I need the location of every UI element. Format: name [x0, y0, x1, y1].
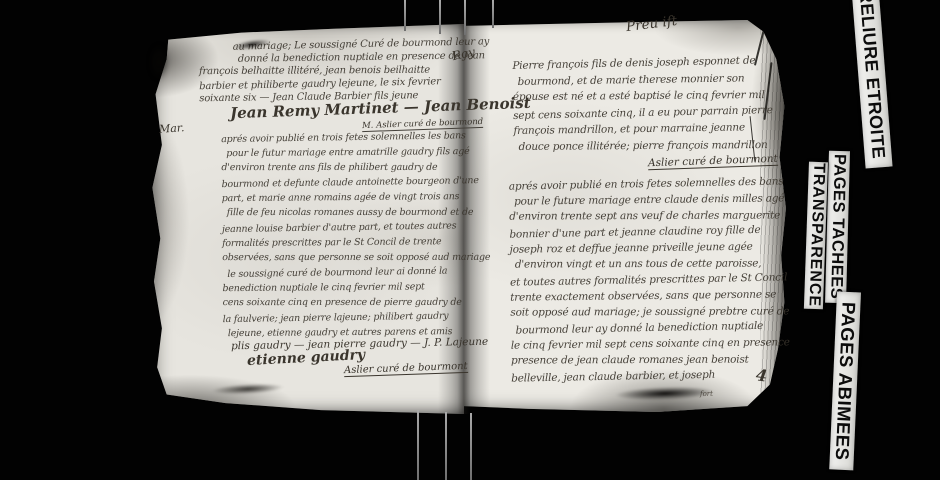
right-entry2-text: aprés avoir publié en trois fetes solemn…	[509, 174, 791, 385]
left-entry1-text: au mariage; Le soussigné Curé de bourmon…	[233, 36, 490, 105]
condition-label-transparence: TRANSPARENCE	[804, 162, 828, 310]
condition-label-pages-abimees: PAGES ABIMEES	[829, 291, 861, 470]
manuscript-line: formalités prescrittes par le St Concil …	[222, 234, 490, 251]
right-entry1-text: Pierre françois fils de denis joseph esp…	[512, 53, 773, 156]
manuscript-line: part, et marie anne romains agée de ving…	[222, 189, 490, 206]
condition-label-pages-tachees: PAGES TACHEES	[825, 151, 850, 303]
press-string	[404, 0, 406, 31]
press-string	[492, 0, 494, 28]
manuscript-line: pour le futur mariage entre amatrille ga…	[226, 144, 489, 161]
press-string	[417, 410, 419, 480]
press-string	[445, 412, 447, 480]
condition-label-reliure-etroite: RELIURE ETROITE	[851, 0, 893, 168]
press-string	[464, 0, 466, 35]
ink-blot	[149, 44, 169, 80]
left-entry2-text: aprés avoir publié en trois fetes solemn…	[221, 129, 491, 341]
press-string	[470, 413, 472, 480]
archive-scan: Preu ift Mar. Roy fort 4 au mariage; Le …	[0, 0, 940, 480]
margin-note: Mar.	[159, 121, 185, 136]
press-string	[439, 0, 441, 34]
manuscript-line: douce ponce illitérée; pierre françois m…	[519, 136, 774, 154]
manuscript-line: benediction nuptiale le cinq fevrier mil…	[222, 279, 490, 296]
